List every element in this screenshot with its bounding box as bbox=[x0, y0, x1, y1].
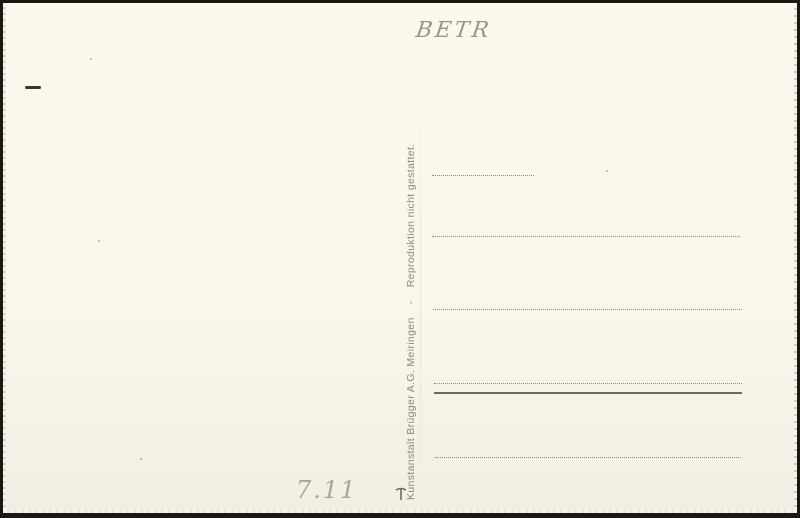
anchor-icon bbox=[395, 487, 407, 501]
paper-speck bbox=[90, 58, 92, 60]
deckled-edge-right bbox=[794, 3, 797, 513]
address-line-2 bbox=[432, 236, 740, 237]
address-line-1 bbox=[432, 175, 534, 176]
postcard-back bbox=[3, 3, 797, 513]
deckled-edge-bottom bbox=[3, 509, 797, 513]
vertical-divider bbox=[420, 70, 421, 460]
paper-speck bbox=[606, 170, 608, 172]
address-line-4 bbox=[434, 383, 742, 384]
deckled-edge-left bbox=[3, 3, 6, 513]
address-line-6 bbox=[435, 457, 741, 458]
publisher-name: Kunstanstalt Brügger A.G. Meiringen bbox=[405, 317, 417, 500]
paper-speck bbox=[140, 458, 142, 460]
handwritten-note-top: BETR bbox=[414, 18, 493, 43]
publisher-imprint: Kunstanstalt Brügger A.G. Meiringen - Re… bbox=[405, 143, 417, 500]
ink-mark bbox=[25, 86, 41, 89]
reproduction-notice: Reproduktion nicht gestattet. bbox=[405, 143, 417, 287]
address-line-3 bbox=[433, 309, 742, 310]
address-line-5-solid bbox=[434, 392, 742, 394]
handwritten-note-bottom: 7.11 bbox=[296, 476, 357, 504]
imprint-separator: - bbox=[405, 300, 417, 304]
paper-speck bbox=[98, 240, 100, 242]
